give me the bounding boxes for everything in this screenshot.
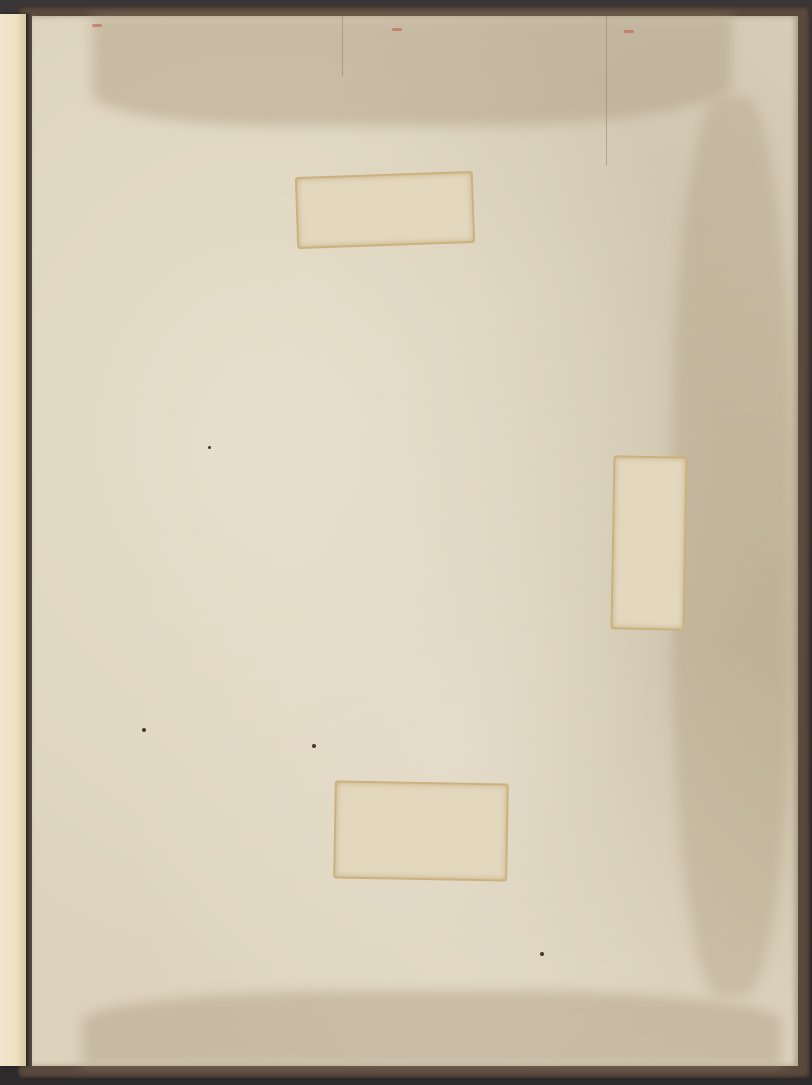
endpaper-page [32, 16, 798, 1066]
paper-crease [606, 16, 607, 166]
glue-residue-patch-bottom [333, 780, 509, 881]
water-stain-bottom [82, 991, 782, 1066]
flyleaf-edge [0, 14, 26, 1066]
paper-crease [342, 16, 343, 76]
glue-residue-patch-right [610, 455, 687, 630]
foxing-speck [142, 728, 146, 732]
glue-residue-patch-top [295, 171, 475, 249]
foxing-speck [312, 744, 316, 748]
red-ink-speck [624, 30, 634, 33]
water-stain-top [92, 16, 732, 126]
foxing-speck [540, 952, 544, 956]
red-ink-speck [392, 28, 402, 31]
water-stain-right [672, 96, 792, 996]
foxing-speck [208, 446, 211, 449]
red-ink-speck [92, 24, 102, 27]
